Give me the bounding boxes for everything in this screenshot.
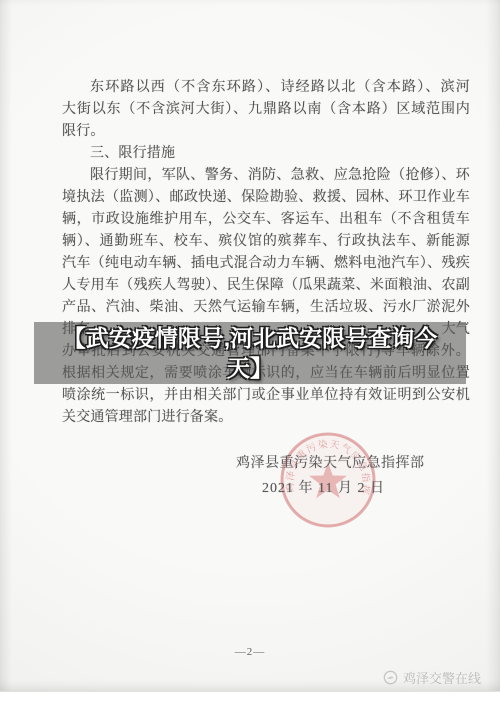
document-line: 人专用车（残疾人驾驶）、民生保障（瓜果蔬菜、米面粮油、农副 [62,275,470,297]
document-line: 产品、汽油、柴油、天然气运输车辆，生活垃圾、污水厂淤泥外 [62,297,470,319]
document-line: 大街以东（不含滨河大街）、九鼎路以南（含本路）区域范围内 [62,99,470,121]
page-bottom-margin [0,691,500,705]
document-line: 三、限行措施 [62,143,470,165]
document-date: 2021 年 11 月 2 日 [262,477,385,497]
document-line: 限行。 [62,121,470,143]
document-line: 限行期间，军队、警务、消防、急救、应急抢险（抢修）、环 [62,165,470,187]
document-line: 关交通管理部门进行备案。 [62,407,470,429]
issuing-authority-signature: 鸡泽县重污染天气应急指挥部 [236,452,425,472]
screenshot-root: 东环路以西（不含东环路）、诗经路以北（含本路）、滨河大街以东（不含滨河大街）、九… [0,0,500,705]
document-line: 辆）、通勤班车、校车、殡仪馆的殡葬车、行政执法车、新能源 [62,231,470,253]
document-line: 境执法（监测）、邮政快递、保险勘验、救援、园林、环卫作业车 [62,187,470,209]
document-line: 喷涂统一标识，并由相关部门或企事业单位持有效证明到公安机 [62,385,470,407]
caption-line: 天】 [36,353,464,383]
watermark: 鸡泽交警在线 [383,668,481,687]
watermark-text: 鸡泽交警在线 [403,668,481,687]
caption-overlay-text: 【武安疫情限号,河北武安限号查询今天】 [36,323,464,383]
traffic-police-logo-icon [383,670,398,685]
document-line: 辆，市政设施维护用车，公交车、客运车、出租车（不含租赁车 [62,209,470,231]
document-line: 东环路以西（不含东环路）、诗经路以北（含本路）、滨河 [62,77,470,99]
caption-line: 【武安疫情限号,河北武安限号查询今 [36,323,464,353]
document-line: 汽车（纯电动车辆、插电式混合动力车辆、燃料电池汽车）、残疾 [62,253,470,275]
photographed-document-page: 东环路以西（不含东环路）、诗经路以北（含本路）、滨河大街以东（不含滨河大街）、九… [0,0,500,692]
page-number: —2— [222,646,278,658]
